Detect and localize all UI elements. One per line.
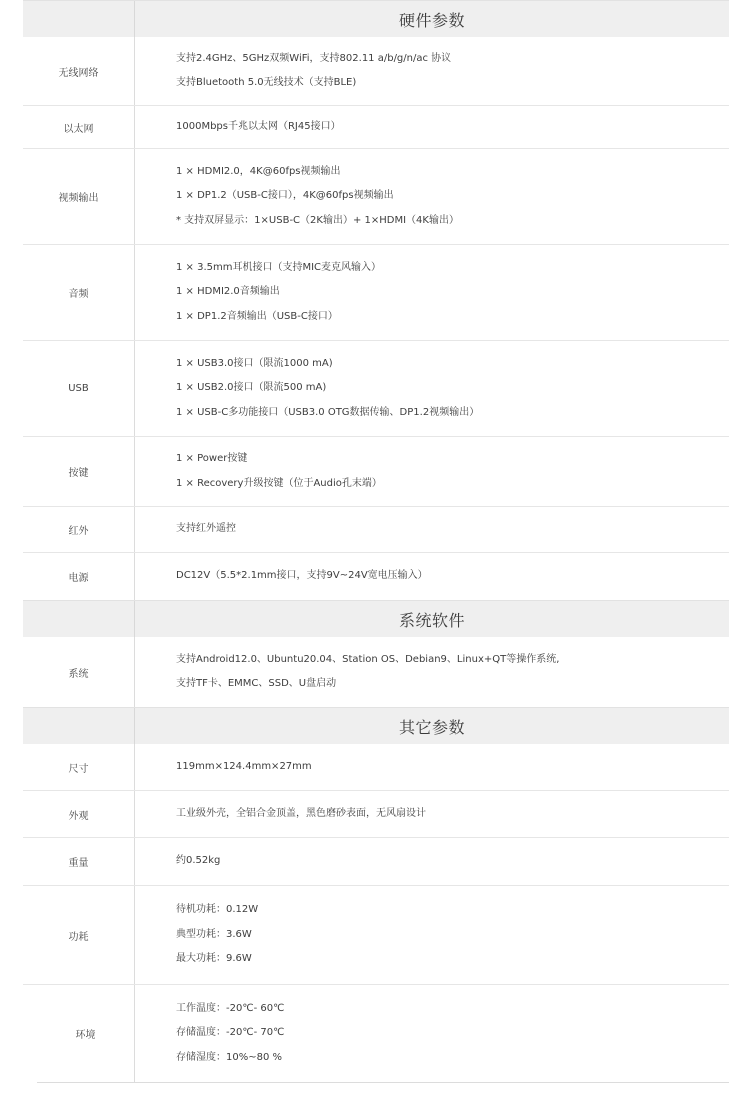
- value-line: 支持Android12.0、Ubuntu20.04、Station OS、Deb…: [176, 648, 729, 673]
- spec-row-appearance: 外观 工业级外壳，全铝合金顶盖，黑色磨砂表面，无风扇设计: [23, 791, 729, 838]
- section-software: 系统软件 系统 支持Android12.0、Ubuntu20.04、Statio…: [23, 600, 729, 707]
- spec-row-usb: USB 1 × USB3.0接口（限流1000 mA) 1 × USB2.0接口…: [23, 341, 729, 437]
- value-line: 典型功耗：3.6W: [176, 923, 729, 948]
- row-value: 工业级外壳，全铝合金顶盖，黑色磨砂表面，无风扇设计: [135, 791, 729, 837]
- value-line: 119mm×124.4mm×27mm: [176, 755, 729, 780]
- value-line: 1 × USB3.0接口（限流1000 mA): [176, 352, 729, 377]
- row-value: 支持红外遥控: [135, 507, 729, 552]
- value-line: 工业级外壳，全铝合金顶盖，黑色磨砂表面，无风扇设计: [176, 802, 729, 827]
- spec-row-power: 电源 DC12V（5.5*2.1mm接口，支持9V~24V宽电压输入）: [23, 553, 729, 600]
- row-label: 无线网络: [23, 37, 135, 105]
- value-line: 存储湿度：10%~80 %: [176, 1046, 729, 1071]
- row-value: 1 × USB3.0接口（限流1000 mA) 1 × USB2.0接口（限流5…: [135, 341, 729, 436]
- row-label: 重量: [23, 838, 135, 885]
- row-label: 视频输出: [23, 149, 135, 244]
- value-line: 支持2.4GHz、5GHz双频WiFi，支持802.11 a/b/g/n/ac …: [176, 47, 729, 72]
- section-title: 其它参数: [135, 708, 729, 744]
- spec-row-buttons: 按键 1 × Power按键 1 × Recovery升级按键（位于Audio孔…: [23, 437, 729, 507]
- value-line: 1 × USB2.0接口（限流500 mA): [176, 376, 729, 401]
- row-label: 以太网: [23, 106, 135, 148]
- row-value: 1 × 3.5mm耳机接口（支持MIC麦克风输入） 1 × HDMI2.0音频输…: [135, 245, 729, 340]
- value-line: 1 × HDMI2.0，4K@60fps视频输出: [176, 160, 729, 185]
- value-line: 存储温度：-20℃- 70℃: [176, 1021, 729, 1046]
- row-value: 工作温度：-20℃- 60℃ 存储温度：-20℃- 70℃ 存储湿度：10%~8…: [135, 985, 729, 1082]
- spec-row-wireless: 无线网络 支持2.4GHz、5GHz双频WiFi，支持802.11 a/b/g/…: [23, 37, 729, 106]
- value-line: 1 × 3.5mm耳机接口（支持MIC麦克风输入）: [176, 256, 729, 281]
- spec-table: 硬件参数 无线网络 支持2.4GHz、5GHz双频WiFi，支持802.11 a…: [23, 0, 729, 1083]
- section-title: 硬件参数: [135, 1, 729, 37]
- value-line: 1 × USB-C多功能接口（USB3.0 OTG数据传输、DP1.2视频输出）: [176, 401, 729, 426]
- section-header: 硬件参数: [23, 0, 729, 37]
- section-header: 系统软件: [23, 600, 729, 637]
- header-left-cell: [23, 601, 135, 637]
- row-value: 1 × HDMI2.0，4K@60fps视频输出 1 × DP1.2（USB-C…: [135, 149, 729, 244]
- spec-row-os: 系统 支持Android12.0、Ubuntu20.04、Station OS、…: [23, 637, 729, 707]
- spec-row-dimensions: 尺寸 119mm×124.4mm×27mm: [23, 744, 729, 791]
- spec-row-environment: 环境 工作温度：-20℃- 60℃ 存储温度：-20℃- 70℃ 存储湿度：10…: [37, 985, 729, 1083]
- spec-row-infrared: 红外 支持红外遥控: [23, 507, 729, 553]
- row-label: 电源: [23, 553, 135, 600]
- header-left-cell: [23, 708, 135, 744]
- value-line: 1 × DP1.2（USB-C接口），4K@60fps视频输出: [176, 184, 729, 209]
- row-label: 尺寸: [23, 744, 135, 790]
- row-value: 约0.52kg: [135, 838, 729, 885]
- row-value: 1 × Power按键 1 × Recovery升级按键（位于Audio孔末端）: [135, 437, 729, 506]
- section-other: 其它参数 尺寸 119mm×124.4mm×27mm 外观 工业级外壳，全铝合金…: [23, 707, 729, 1083]
- section-header: 其它参数: [23, 707, 729, 744]
- value-line: 1 × DP1.2音频输出（USB-C接口）: [176, 305, 729, 330]
- value-line: 1 × Recovery升级按键（位于Audio孔末端）: [176, 472, 729, 497]
- row-value: DC12V（5.5*2.1mm接口，支持9V~24V宽电压输入）: [135, 553, 729, 600]
- row-label: 按键: [23, 437, 135, 506]
- spec-row-audio: 音频 1 × 3.5mm耳机接口（支持MIC麦克风输入） 1 × HDMI2.0…: [23, 245, 729, 341]
- row-label: 红外: [23, 507, 135, 552]
- section-title: 系统软件: [135, 601, 729, 637]
- spec-row-video-output: 视频输出 1 × HDMI2.0，4K@60fps视频输出 1 × DP1.2（…: [23, 149, 729, 245]
- value-line: DC12V（5.5*2.1mm接口，支持9V~24V宽电压输入）: [176, 564, 729, 589]
- value-line: 1 × Power按键: [176, 447, 729, 472]
- value-line: 1000Mbps千兆以太网（RJ45接口）: [176, 115, 729, 140]
- value-line: * 支持双屏显示：1×USB-C（2K输出）+ 1×HDMI（4K输出）: [176, 209, 729, 234]
- section-hardware: 硬件参数 无线网络 支持2.4GHz、5GHz双频WiFi，支持802.11 a…: [23, 0, 729, 600]
- value-line: 支持红外遥控: [176, 517, 729, 542]
- row-value: 119mm×124.4mm×27mm: [135, 744, 729, 790]
- row-value: 支持Android12.0、Ubuntu20.04、Station OS、Deb…: [135, 637, 729, 707]
- value-line: 约0.52kg: [176, 849, 729, 874]
- value-line: 待机功耗：0.12W: [176, 898, 729, 923]
- row-value: 支持2.4GHz、5GHz双频WiFi，支持802.11 a/b/g/n/ac …: [135, 37, 729, 105]
- value-line: 最大功耗：9.6W: [176, 947, 729, 972]
- value-line: 工作温度：-20℃- 60℃: [176, 997, 729, 1022]
- row-value: 待机功耗：0.12W 典型功耗：3.6W 最大功耗：9.6W: [135, 886, 729, 984]
- row-value: 1000Mbps千兆以太网（RJ45接口）: [135, 106, 729, 148]
- value-line: 支持Bluetooth 5.0无线技术（支持BLE): [176, 71, 729, 96]
- header-left-cell: [23, 1, 135, 37]
- spec-row-weight: 重量 约0.52kg: [23, 838, 729, 886]
- row-label: USB: [23, 341, 135, 436]
- value-line: 支持TF卡、EMMC、SSD、U盘启动: [176, 672, 729, 697]
- row-label: 环境: [37, 985, 135, 1082]
- row-label: 系统: [23, 637, 135, 707]
- row-label: 功耗: [23, 886, 135, 984]
- value-line: 1 × HDMI2.0音频输出: [176, 280, 729, 305]
- row-label: 音频: [23, 245, 135, 340]
- row-label: 外观: [23, 791, 135, 837]
- spec-row-ethernet: 以太网 1000Mbps千兆以太网（RJ45接口）: [23, 106, 729, 149]
- spec-row-power-consumption: 功耗 待机功耗：0.12W 典型功耗：3.6W 最大功耗：9.6W: [23, 886, 729, 985]
